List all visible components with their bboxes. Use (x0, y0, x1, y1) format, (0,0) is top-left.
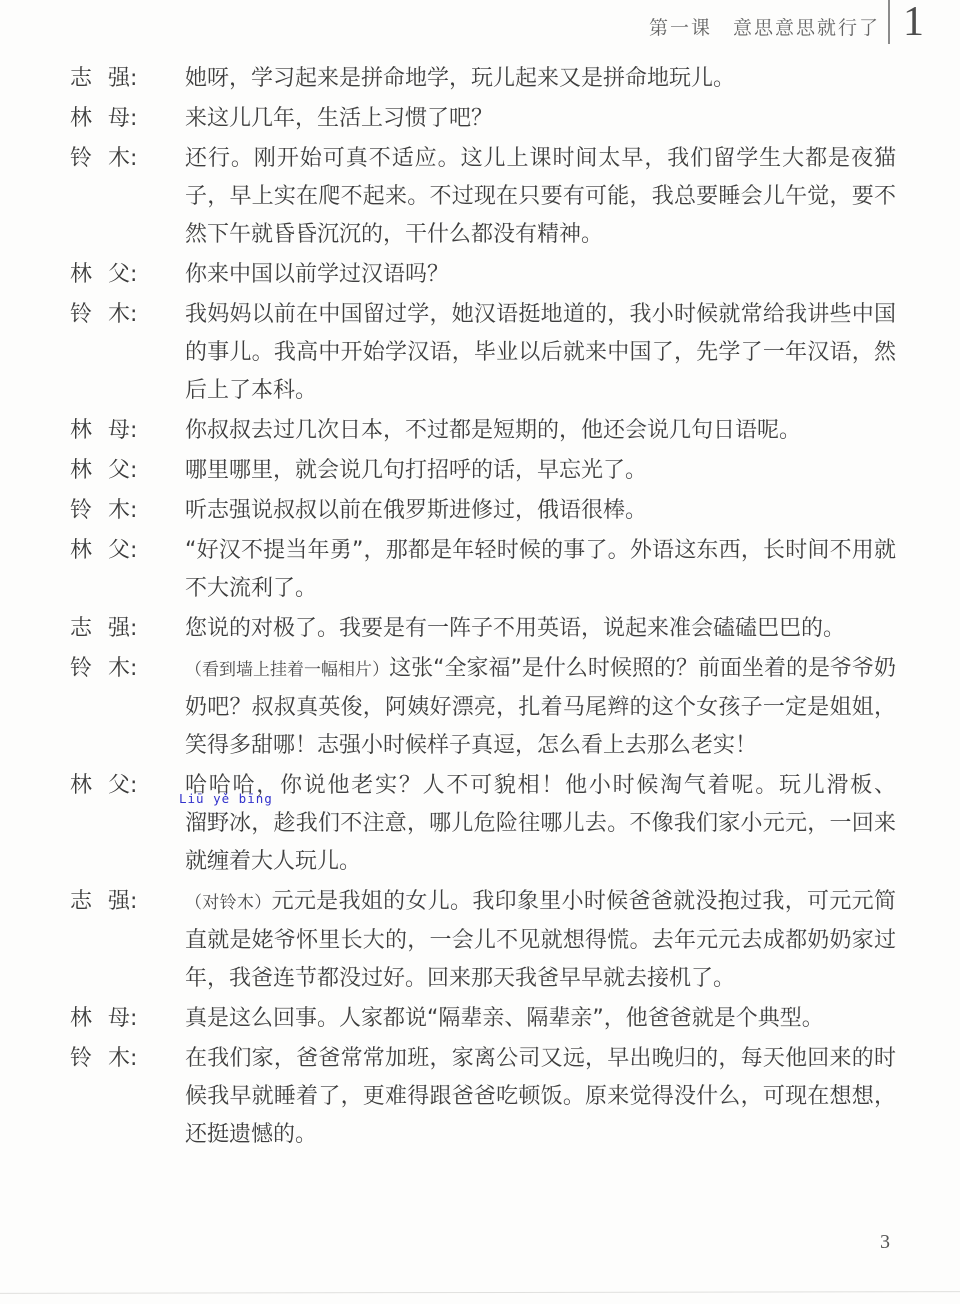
speaker-label: 铃 木: (70, 1040, 185, 1154)
utterance-main: 你来中国以前学过汉语吗？ (185, 262, 449, 287)
dialogue-turn: 林 父: 哈哈哈，你说他老实？人不可貌相！他小时候淘气着呢。玩儿滑板、Liū y… (70, 767, 896, 881)
dialogue-turn: 林 母: 来这儿几年，生活上习惯了吧？ (70, 100, 896, 138)
stage-direction: （对铃木） (185, 893, 272, 913)
dialogue-turn: 志 强: 您说的对极了。我要是有一阵子不用英语，说起来准会磕磕巴巴的。 (70, 610, 896, 648)
dialogue-turn: 林 父: 哪里哪里，就会说几句打招呼的话，早忘光了。 (70, 452, 896, 490)
speaker-label: 林 父: (70, 452, 185, 490)
dialogue-body: 志 强: 她呀，学习起来是拼命地学，玩儿起来又是拼命地玩儿。 林 母: 来这儿几… (70, 60, 896, 1156)
utterance-main: 真是这么回事。人家都说“隔辈亲、隔辈亲”，他爸爸就是个典型。 (185, 1006, 824, 1031)
annotated-word-base: 溜野冰 (185, 811, 251, 836)
utterance-text: “好汉不提当年勇”，那都是年轻时候的事了。外语这东西，长时间不用就不大流利了。 (185, 532, 896, 608)
speaker-label: 林 母: (70, 100, 185, 138)
speaker-label: 志 强: (70, 610, 185, 648)
utterance-text: 您说的对极了。我要是有一阵子不用英语，说起来准会磕磕巴巴的。 (185, 610, 896, 648)
dialogue-turn: 林 父: 你来中国以前学过汉语吗？ (70, 256, 896, 294)
textbook-page: 第一课 意思意思就行了 1 志 强: 她呀，学习起来是拼命地学，玩儿起来又是拼命… (0, 0, 960, 1304)
utterance-text: 听志强说叔叔以前在俄罗斯进修过，俄语很棒。 (185, 492, 896, 530)
speaker-label: 林 父: (70, 256, 185, 294)
utterance-main: 元元是我姐的女儿。我印象里小时候爸爸就没抱过我，可元元简直就是姥爷怀里长大的，一… (185, 889, 896, 991)
utterance-text: （对铃木）元元是我姐的女儿。我印象里小时候爸爸就没抱过我，可元元简直就是姥爷怀里… (185, 883, 896, 998)
speaker-label: 铃 木: (70, 296, 185, 410)
utterance-text: 你叔叔去过几次日本，不过都是短期的，他还会说几句日语呢。 (185, 412, 896, 450)
utterance-text: 在我们家，爸爸常常加班，家离公司又远，早出晚归的，每天他回来的时候我早就睡着了，… (185, 1040, 896, 1154)
dialogue-turn: 铃 木: 在我们家，爸爸常常加班，家离公司又远，早出晚归的，每天他回来的时候我早… (70, 1040, 896, 1154)
speaker-label: 铃 木: (70, 650, 185, 765)
speaker-label: 林 母: (70, 1000, 185, 1038)
speaker-label: 林 父: (70, 767, 185, 881)
stage-direction: （看到墙上挂着一幅相片） (185, 660, 389, 680)
utterance-text: 你来中国以前学过汉语吗？ (185, 256, 896, 294)
dialogue-turn: 林 母: 你叔叔去过几次日本，不过都是短期的，他还会说几句日语呢。 (70, 412, 896, 450)
dialogue-turn: 铃 木: 听志强说叔叔以前在俄罗斯进修过，俄语很棒。 (70, 492, 896, 530)
speaker-label: 林 父: (70, 532, 185, 608)
utterance-main: 还行。刚开始可真不适应。这儿上课时间太早，我们留学生大都是夜猫子，早上实在爬不起… (185, 146, 896, 247)
utterance-main: 来这儿几年，生活上习惯了吧？ (185, 106, 493, 131)
dialogue-turn: 志 强: 她呀，学习起来是拼命地学，玩儿起来又是拼命地玩儿。 (70, 60, 896, 98)
annotated-word: Liū yě bīng溜野冰 (185, 805, 251, 843)
dialogue-turn: 铃 木: （看到墙上挂着一幅相片）这张“全家福”是什么时候照的？前面坐着的是爷爷… (70, 650, 896, 765)
utterance-main: 听志强说叔叔以前在俄罗斯进修过，俄语很棒。 (185, 498, 647, 523)
speaker-label: 铃 木: (70, 492, 185, 530)
utterance-text: 哪里哪里，就会说几句打招呼的话，早忘光了。 (185, 452, 896, 490)
pinyin-annotation: Liū yě bīng (179, 793, 273, 805)
utterance-main: 您说的对极了。我要是有一阵子不用英语，说起来准会磕磕巴巴的。 (185, 616, 845, 641)
speaker-label: 林 母: (70, 412, 185, 450)
page-number: 3 (880, 1231, 890, 1254)
dialogue-turn: 铃 木: 还行。刚开始可真不适应。这儿上课时间太早，我们留学生大都是夜猫子，早上… (70, 140, 896, 254)
utterance-main: 你叔叔去过几次日本，不过都是短期的，他还会说几句日语呢。 (185, 418, 801, 443)
dialogue-turn: 铃 木: 我妈妈以前在中国留过学，她汉语挺地道的，我小时候就常给我讲些中国的事儿… (70, 296, 896, 410)
speaker-label: 志 强: (70, 883, 185, 998)
utterance-main: “好汉不提当年勇”，那都是年轻时候的事了。外语这东西，长时间不用就不大流利了。 (185, 538, 896, 601)
unit-number: 1 (903, 0, 924, 44)
utterance-text: 还行。刚开始可真不适应。这儿上课时间太早，我们留学生大都是夜猫子，早上实在爬不起… (185, 140, 896, 254)
utterance-main: 她呀，学习起来是拼命地学，玩儿起来又是拼命地玩儿。 (185, 66, 735, 91)
utterance-text: 她呀，学习起来是拼命地学，玩儿起来又是拼命地玩儿。 (185, 60, 896, 98)
utterance-main: 哪里哪里，就会说几句打招呼的话，早忘光了。 (185, 458, 647, 483)
dialogue-turn: 林 母: 真是这么回事。人家都说“隔辈亲、隔辈亲”，他爸爸就是个典型。 (70, 1000, 896, 1038)
speaker-label: 志 强: (70, 60, 185, 98)
utterance-text: 真是这么回事。人家都说“隔辈亲、隔辈亲”，他爸爸就是个典型。 (185, 1000, 896, 1038)
utterance-main: 我妈妈以前在中国留过学，她汉语挺地道的，我小时候就常给我讲些中国的事儿。我高中开… (185, 302, 896, 403)
utterance-text: 哈哈哈，你说他老实？人不可貌相！他小时候淘气着呢。玩儿滑板、Liū yě bīn… (185, 767, 896, 881)
header-divider-rule (888, 0, 890, 44)
page-bottom-edge (0, 1291, 960, 1294)
utterance-text: 来这儿几年，生活上习惯了吧？ (185, 100, 896, 138)
utterance-text: 我妈妈以前在中国留过学，她汉语挺地道的，我小时候就常给我讲些中国的事儿。我高中开… (185, 296, 896, 410)
dialogue-turn: 志 强: （对铃木）元元是我姐的女儿。我印象里小时候爸爸就没抱过我，可元元简直就… (70, 883, 896, 998)
lesson-header-title: 第一课 意思意思就行了 (649, 13, 880, 40)
speaker-label: 铃 木: (70, 140, 185, 254)
utterance-pre: 哈哈哈，你说他老实？人不可貌相！他小时候淘气着呢。玩儿滑板、 (185, 773, 896, 798)
dialogue-turn: 林 父: “好汉不提当年勇”，那都是年轻时候的事了。外语这东西，长时间不用就不大… (70, 532, 896, 608)
utterance-text: （看到墙上挂着一幅相片）这张“全家福”是什么时候照的？前面坐着的是爷爷奶奶吧？叔… (185, 650, 896, 765)
utterance-post: ，趁我们不注意，哪儿危险往哪儿去。不像我们家小元元，一回来就缠着大人玩儿。 (185, 811, 896, 874)
utterance-main: 在我们家，爸爸常常加班，家离公司又远，早出晚归的，每天他回来的时候我早就睡着了，… (185, 1046, 896, 1147)
